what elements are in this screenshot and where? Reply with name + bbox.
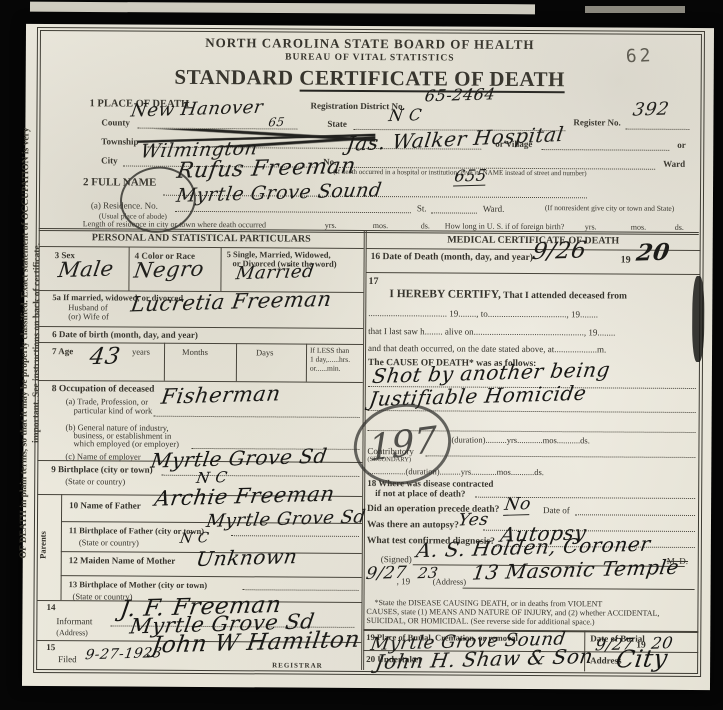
birthplace-state-label: (State or country)	[65, 476, 125, 486]
us-ds-label: ds.	[675, 223, 684, 232]
residence-ward-label: Ward.	[483, 204, 505, 214]
title-prefix: STANDARD	[174, 65, 299, 90]
operation-date-label: Date of	[543, 505, 570, 515]
scan-edge-sliver-2	[585, 6, 685, 13]
certify-number: 17	[368, 276, 378, 287]
registrar-label: REGISTRAR	[272, 661, 323, 669]
house-number-value: 655	[453, 166, 488, 187]
birth-date-label: 6 Date of birth (month, day, and year)	[52, 329, 198, 340]
ward-label: Ward	[663, 159, 685, 169]
file-number-value: 197	[368, 419, 437, 469]
personal-section-header: PERSONAL AND STATISTICAL PARTICULARS	[39, 232, 364, 245]
operation-value: No	[503, 494, 532, 516]
residence-label: (a) Residence. No.	[91, 200, 158, 210]
certify-rest: That I attended deceased from	[501, 291, 627, 302]
occupation-a-2: particular kind of work	[74, 405, 153, 415]
informant-number: 14	[46, 602, 55, 612]
undertaker-address-value: City	[614, 644, 670, 673]
mother-name-label: 12 Maiden Name of Mother	[69, 555, 176, 566]
dod-year-value: 20	[635, 239, 672, 267]
certify-bold: I HEREBY CERTIFY,	[389, 288, 501, 301]
length-yrs-label: yrs.	[325, 221, 337, 230]
st-label: St.	[417, 203, 427, 213]
page-number-stamp: 62	[625, 45, 654, 67]
married-label-3: (or) Wife of	[68, 311, 109, 321]
us-yrs-label: yrs.	[585, 222, 597, 231]
father-birthplace-state-label: (State or country)	[79, 537, 139, 547]
age-days-label: Days	[256, 347, 274, 357]
age-label: 7 Age	[52, 346, 73, 356]
scanned-death-certificate: { "margin_note": { "line1": "OF DEATH in…	[0, 0, 723, 710]
length-ds-label: ds.	[421, 221, 430, 230]
township-label: Township	[101, 136, 138, 146]
mother-name-value: Unknown	[195, 544, 299, 571]
father-birthplace-state-value: N C	[179, 530, 210, 547]
filed-label: Filed	[58, 654, 77, 664]
parents-label: Parents	[38, 531, 48, 559]
occupation-label: 8 Occupation of deceased	[52, 384, 155, 395]
date-of-death-value: 9/26	[531, 237, 589, 265]
age-less-3: or......min.	[310, 364, 341, 373]
scan-smudge	[692, 276, 705, 362]
full-name-value: Rufus Freeman	[175, 154, 358, 184]
footnote-3: SUICIDAL, OR HOMICIDAL. (See reverse sid…	[366, 616, 594, 626]
length-mos-label: mos.	[373, 221, 388, 230]
dod-year-prefix: 19	[621, 255, 631, 266]
birthplace-label: 9 Birthplace (city or town)	[51, 464, 152, 475]
mother-birthplace-label: 13 Birthplace of Mother (city or town)	[69, 579, 208, 590]
informant-label: Informant	[56, 616, 92, 626]
nonresident-note: (If nonresident give city or town and St…	[545, 203, 674, 213]
city-label: City	[101, 155, 118, 165]
county-label: County	[101, 117, 130, 127]
certify-line-2: ................................... 19..…	[368, 308, 598, 319]
age-months-label: Months	[182, 347, 208, 357]
certify-line-4: and that death occurred, on the date sta…	[368, 343, 606, 354]
state-label: State	[327, 119, 347, 129]
duration-label: (duration)..........yrs............mos..…	[451, 435, 589, 446]
marital-value: Married	[234, 261, 315, 284]
where-contracted-label-2: if not at place of death?	[375, 488, 465, 499]
certificate-title: STANDARD CERTIFICATE OF DEATH	[40, 64, 700, 93]
register-no-value: 392	[631, 99, 670, 121]
autopsy-value: Yes	[457, 510, 490, 531]
registration-district-value: 65-2464	[424, 84, 497, 105]
scan-edge-sliver	[30, 2, 535, 15]
signed-year-prefix: , 19	[397, 576, 411, 586]
us-mos-label: mos.	[631, 223, 646, 232]
date-of-death-label: 16 Date of Death (month, day, and year)	[371, 252, 533, 263]
certificate-paper: OF DEATH in plain terms, so that it may …	[22, 24, 714, 690]
county-value: New Hanover	[129, 97, 264, 122]
father-name-label: 10 Name of Father	[69, 500, 141, 510]
informant-address-label: (Address)	[56, 628, 88, 637]
filed-number: 15	[46, 642, 55, 652]
county-district-note: 65	[267, 115, 285, 129]
age-value: 43	[88, 343, 122, 370]
age-years-label: years	[132, 347, 150, 357]
or-label: or	[677, 140, 686, 150]
occupation-b-3: which employed (or employer)	[73, 438, 179, 449]
signed-address-label: (Address)	[433, 576, 467, 586]
age-less-1: If LESS than	[310, 346, 349, 355]
age-less-2: 1 day,......hrs.	[310, 355, 350, 364]
autopsy-label: Was there an autopsy?	[367, 520, 459, 531]
state-value: N C	[387, 105, 423, 125]
register-no-label: Register No.	[573, 117, 620, 127]
race-value: Negro	[132, 257, 205, 283]
certify-statement: I HEREBY CERTIFY, That I attended deceas…	[389, 288, 627, 301]
occupation-value: Fisherman	[160, 381, 283, 408]
sex-value: Male	[56, 257, 115, 283]
certify-line-3: that I last saw h........ alive on......…	[368, 326, 615, 338]
